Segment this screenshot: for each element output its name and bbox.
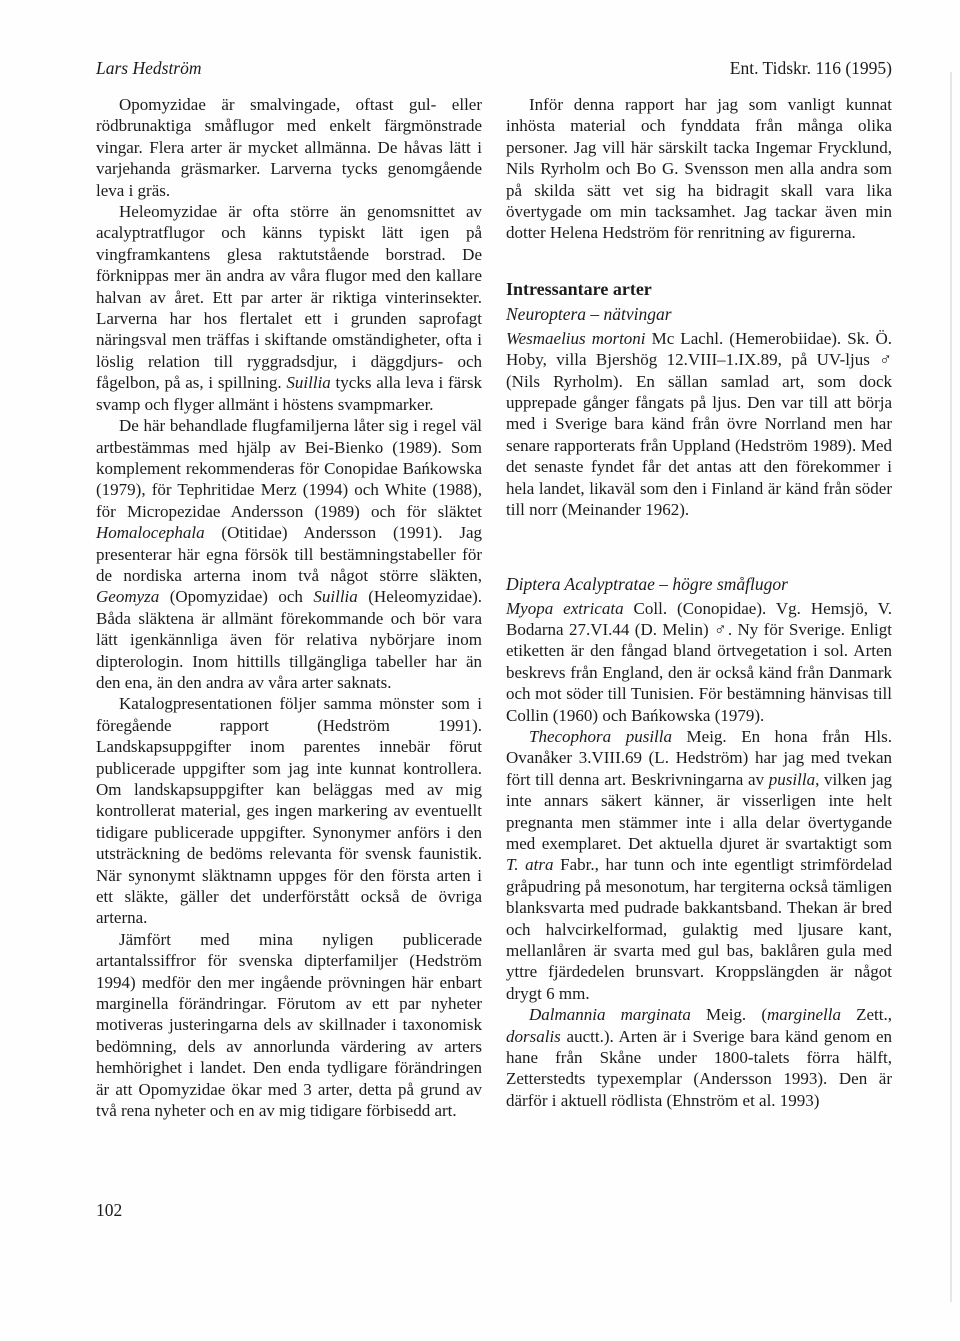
italic-text-run: marginella xyxy=(767,1005,841,1024)
italic-text-run: Wesmaelius mortoni xyxy=(506,329,646,348)
italic-text-run: Thecophora pusilla xyxy=(529,727,672,746)
italic-text-run: pusilla xyxy=(769,770,815,789)
acknowledgements-paragraph: Inför denna rapport har jag som vanligt … xyxy=(506,94,892,244)
interesting-species-heading: Intressantare arter xyxy=(506,278,892,300)
right-column: Inför denna rapport har jag som vanligt … xyxy=(506,94,892,1111)
dalmannia-marginata-paragraph: Dalmannia marginata Meig. (marginella Ze… xyxy=(506,1004,892,1111)
text-run: De här behandlade flugfamiljerna låter s… xyxy=(96,416,482,521)
italic-text-run: T. atra xyxy=(506,855,553,874)
diptera-acalyptratae-subheading: Diptera Acalyptratae – högre småflugor xyxy=(506,573,892,595)
text-run: auctt.). Arten är i Sverige bara känd ge… xyxy=(506,1027,892,1110)
species-counts-paragraph: Jämfört med mina nyligen publicerade art… xyxy=(96,929,482,1122)
journal-page: Lars Hedström Ent. Tidskr. 116 (1995) Op… xyxy=(0,0,960,1341)
text-run: Neuroptera – nätvingar xyxy=(506,304,672,324)
italic-text-run: Myopa extricata xyxy=(506,599,624,618)
text-run: Zett., xyxy=(841,1005,892,1024)
scan-edge-artifact xyxy=(950,72,952,1302)
italic-text-run: Homalocephala xyxy=(96,523,205,542)
text-run: (Opomyzidae) och xyxy=(159,587,313,606)
italic-text-run: dorsalis xyxy=(506,1027,561,1046)
catalog-format-paragraph: Katalogpresentationen följer samma mönst… xyxy=(96,693,482,928)
italic-text-run: Dalmannia marginata xyxy=(529,1005,691,1024)
determination-literature-paragraph: De här behandlade flugfamiljerna låter s… xyxy=(96,415,482,693)
italic-text-run: Geomyza xyxy=(96,587,159,606)
page-number: 102 xyxy=(96,1200,122,1221)
opomyzidae-intro-paragraph: Opomyzidae är smalvingade, oftast gul- e… xyxy=(96,94,482,201)
text-run: Jämfört med mina nyligen publicerade art… xyxy=(96,930,482,1120)
text-run: Intressantare arter xyxy=(506,279,652,299)
text-run: Mc Lachl. (Hemerobiidae). Sk. Ö. Hoby, v… xyxy=(506,329,892,519)
text-run: Opomyzidae är smalvingade, oftast gul- e… xyxy=(96,95,482,200)
italic-text-run: Suillia xyxy=(313,587,357,606)
neuroptera-subheading: Neuroptera – nätvingar xyxy=(506,303,892,325)
thecophora-pusilla-paragraph: Thecophora pusilla Meig. En hona från Hl… xyxy=(506,726,892,1004)
running-head-journal-ref: Ent. Tidskr. 116 (1995) xyxy=(506,58,892,79)
myopa-extricata-paragraph: Myopa extricata Coll. (Conopidae). Vg. H… xyxy=(506,598,892,726)
text-run: Diptera Acalyptratae – högre småflugor xyxy=(506,574,788,594)
wesmaelius-mortoni-paragraph: Wesmaelius mortoni Mc Lachl. (Hemerobiid… xyxy=(506,328,892,521)
left-column: Opomyzidae är smalvingade, oftast gul- e… xyxy=(96,94,482,1122)
text-run: Fabr., har tunn och inte egentligt strim… xyxy=(506,855,892,1002)
text-run: Katalogpresentationen följer samma mönst… xyxy=(96,694,482,927)
running-head-author: Lars Hedström xyxy=(96,58,482,79)
text-run: Heleomyzidae är ofta större än genomsnit… xyxy=(96,202,482,392)
heleomyzidae-intro-paragraph: Heleomyzidae är ofta större än genomsnit… xyxy=(96,201,482,415)
italic-text-run: Suillia xyxy=(286,373,330,392)
text-run: Inför denna rapport har jag som vanligt … xyxy=(506,95,892,242)
text-run: Meig. ( xyxy=(691,1005,767,1024)
